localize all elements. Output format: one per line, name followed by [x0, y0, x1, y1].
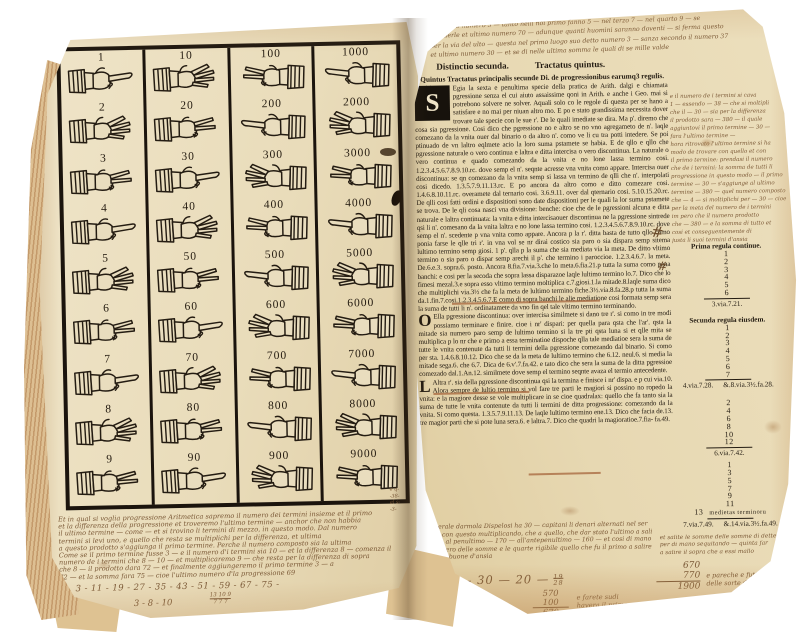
right-page: Dispone tutti li somma pane per 30 — dov… — [406, 2, 798, 620]
hand-woodcut — [236, 260, 315, 297]
finger-cell-800: 800 — [237, 398, 320, 450]
edge-scribbles: e q--38-al s--3- — [389, 486, 420, 513]
hand-woodcut — [65, 163, 144, 200]
finger-cell-10: 10 — [145, 48, 228, 100]
finger-cell-90: 90 — [153, 450, 236, 502]
finger-cell-400: 400 — [233, 197, 316, 249]
regula-note: medietas terminoru — [707, 508, 766, 516]
finger-cell-30: 30 — [147, 148, 230, 200]
sum-stack-right: 670 770 1900 — [656, 561, 700, 593]
left-page-marginalia: Et in qual si voglia progressione Aritme… — [58, 509, 417, 581]
hand-woodcut — [63, 113, 142, 150]
hand-woodcut — [153, 363, 232, 400]
sum-stack-bottom: 570 100 670 — [533, 589, 569, 618]
handwritten-line: a salire il sopra che a essi mallo — [660, 548, 800, 558]
regula-result-text: &.14.via.3½.fa.49. — [724, 519, 778, 528]
paragraph-1-text: Egia la sexta e penultima specie della p… — [415, 81, 671, 313]
finger-column: 100020003000400050006000700080009000 — [311, 44, 405, 501]
finger-table: 1234567891020304050607080901002003004005… — [56, 40, 410, 510]
finger-cell-4000: 4000 — [318, 195, 401, 247]
finger-cell-1000: 1000 — [314, 44, 397, 96]
hand-woodcut — [237, 311, 316, 348]
hand-woodcut — [234, 160, 313, 197]
handwritten-line: e pareche e futta la somma — [706, 571, 794, 580]
hand-woodcut — [69, 364, 148, 401]
finger-cell-7000: 7000 — [321, 346, 404, 398]
hand-woodcut — [67, 264, 146, 301]
finger-cell-300: 300 — [232, 147, 315, 199]
finger-cell-60: 60 — [150, 299, 233, 351]
fraction-scribble-bottom: 7 7 7 — [210, 598, 232, 605]
hand-woodcut — [71, 465, 150, 502]
hand-woodcut — [321, 259, 400, 296]
finger-cell-2: 2 — [61, 100, 144, 152]
hand-woodcut — [322, 309, 401, 346]
top-margin-annotations: Dispone tutti li somma pane per 30 — dov… — [429, 1, 784, 61]
finger-cell-500: 500 — [234, 247, 317, 299]
finger-cell-70: 70 — [151, 350, 234, 402]
finger-cell-40: 40 — [148, 199, 231, 251]
regula-block: 246810126.via.7.42. — [660, 398, 799, 458]
book-photo: 1234567891020304050607080901002003004005… — [0, 0, 800, 639]
hand-woodcut — [319, 158, 398, 195]
finger-cell-50: 50 — [149, 249, 232, 301]
finger-cell-20: 20 — [146, 98, 229, 150]
regula-number: 6 — [658, 288, 796, 298]
finger-cell-100: 100 — [230, 46, 313, 98]
hand-woodcut — [240, 461, 319, 498]
hand-woodcut — [155, 413, 234, 450]
paragraph-1: SEgia la sexta e penultima specie della … — [415, 81, 672, 313]
regula-result: 4.via.7.28.&.8.via.3½.fa.28. — [659, 380, 797, 390]
header-distinctio: Distinctio secunda. — [436, 60, 509, 71]
finger-cell-2000: 2000 — [316, 95, 399, 147]
finger-cell-8: 8 — [68, 402, 151, 454]
finger-cell-900: 900 — [238, 448, 321, 500]
regula-number: 12 — [660, 437, 798, 447]
hand-woodcut — [233, 109, 312, 146]
paragraph-2: OElla pgressione discontinua: over inter… — [418, 309, 672, 378]
regula-column: Prima regula continue.1234563.via.7.21.S… — [657, 241, 799, 529]
finger-cell-600: 600 — [235, 298, 318, 350]
paragraph-2-text: Ella pgressione discontinua: over interc… — [418, 309, 672, 378]
hand-woodcut — [68, 314, 147, 351]
hand-woodcut — [147, 61, 226, 98]
finger-cell-8000: 8000 — [322, 396, 405, 448]
finger-column: 102030405060708090 — [142, 48, 236, 505]
right-page-content: Dispone tutti li somma pane per 30 — dov… — [401, 0, 800, 623]
hand-woodcut — [323, 359, 402, 396]
regula-result: 6.via.7.42. — [660, 448, 798, 458]
hand-woodcut — [156, 463, 235, 500]
finger-cell-700: 700 — [236, 348, 319, 400]
regula-result: 7.via.7.49.&.14.via.3½.fa.49. — [661, 519, 799, 529]
printed-body-text: SEgia la sexta e penultima specie della … — [415, 81, 673, 427]
fraction-scribble-top: 13 10 9 — [210, 592, 231, 598]
regula-result-text: 6.via.7.42. — [714, 449, 744, 457]
header-tractatus: Tractatus quintus. — [535, 59, 606, 70]
regula-result-text: 7.via.7.49. — [683, 520, 713, 528]
hand-woodcut — [318, 108, 397, 145]
edge-scribble: -3- — [390, 505, 420, 512]
stack-value: 770 — [656, 571, 700, 582]
stack-sum: 670 — [533, 607, 569, 618]
paragraph-3-text: Altra r'. sia della pgressione discontin… — [419, 375, 672, 428]
finger-column: 100200300400500600700800900 — [227, 46, 321, 503]
fraction-scribble: 13 10 9 7 7 7 — [210, 592, 232, 605]
woodcut-initial-S: S — [415, 85, 451, 121]
hand-woodcut — [62, 63, 141, 100]
hash-mark: # — [650, 222, 665, 241]
finger-cell-7: 7 — [67, 351, 150, 403]
progression-sequence: 3 - 11 - 19 - 27 - 35 - 43 - 51 - 59 - 6… — [75, 580, 279, 594]
finger-cell-6000: 6000 — [320, 296, 403, 348]
regula-margin-notes: et salite le somme delle somme di dettep… — [660, 533, 800, 557]
hand-woodcut — [238, 361, 317, 398]
problem-fraction: 1928 — [553, 573, 563, 586]
regula-result-text: 4.via.7.28. — [683, 382, 713, 390]
regula-result-text: 3.via.7.21. — [712, 300, 742, 308]
finger-cell-3: 3 — [62, 150, 145, 202]
hand-woodcut — [148, 111, 227, 148]
regula-block: 135791113 medietas terminoru7.via.7.49.&… — [661, 460, 800, 529]
finger-cell-6: 6 — [66, 301, 149, 353]
hand-woodcut — [149, 162, 228, 199]
fraction-denominator: 28 — [553, 578, 563, 587]
right-margin-annotations: e il numero de i termini si cava1 — esse… — [670, 91, 794, 245]
finger-cell-4: 4 — [63, 201, 146, 253]
regula-block: Prima regula continue.1234563.via.7.21. — [657, 241, 796, 309]
initial-L: L — [419, 378, 430, 393]
initial-O: O — [418, 313, 431, 328]
finger-cell-80: 80 — [152, 400, 235, 452]
note-line: havera il primo — [577, 601, 628, 609]
hand-woodcut — [324, 409, 403, 446]
stack-sum: 1900 — [656, 581, 700, 593]
running-header: Distinctio secunda. Tractatus quintus. — [436, 58, 672, 72]
finger-column: 123456789 — [60, 50, 151, 507]
hand-woodcut — [150, 212, 229, 249]
left-page: 1234567891020304050607080901002003004005… — [36, 22, 418, 624]
finger-cell-5000: 5000 — [319, 246, 402, 298]
hand-woodcut — [235, 210, 314, 247]
bottom-margin-annotations: Generale darmola Dispelosi ha 30 — capit… — [425, 520, 678, 562]
paragraph-3: LAltra r'. sia della pgressione disconti… — [419, 375, 673, 428]
hand-woodcut — [151, 262, 230, 299]
hand-woodcut — [70, 415, 149, 452]
regula-number: 7 — [659, 370, 797, 380]
hand-woodcut — [152, 312, 231, 349]
stack-value: 670 — [656, 561, 700, 572]
ink-stain — [380, 148, 396, 156]
sum-stack-bottom-note: e farete sudi havera il primo — [577, 594, 628, 610]
regula-result: 3.via.7.21. — [658, 299, 796, 309]
regula-block: Secunda regula eiusdem.12345674.via.7.28… — [658, 315, 797, 391]
hand-woodcut — [66, 214, 145, 251]
finger-cell-5: 5 — [65, 251, 148, 303]
progression-sequence-2: 3 - 8 - 10 — [134, 598, 173, 609]
ink-underline — [529, 472, 601, 475]
regula-result-text: &.8.via.3½.fa.28. — [723, 381, 774, 390]
hand-woodcut — [320, 208, 399, 245]
finger-cell-9: 9 — [69, 452, 152, 504]
handwritten-line: delle sorte del satio — — [706, 579, 794, 588]
finger-cell-1: 1 — [60, 50, 143, 102]
hand-woodcut — [317, 57, 396, 94]
regula-number: 13 medietas terminoru — [661, 507, 799, 518]
finger-cell-200: 200 — [231, 96, 314, 148]
sum-stack-note: e pareche e futta la sommadelle sorte de… — [706, 571, 795, 588]
hand-woodcut — [239, 411, 318, 448]
hand-woodcut — [232, 59, 311, 96]
left-page-content: 1234567891020304050607080901002003004005… — [30, 18, 425, 628]
